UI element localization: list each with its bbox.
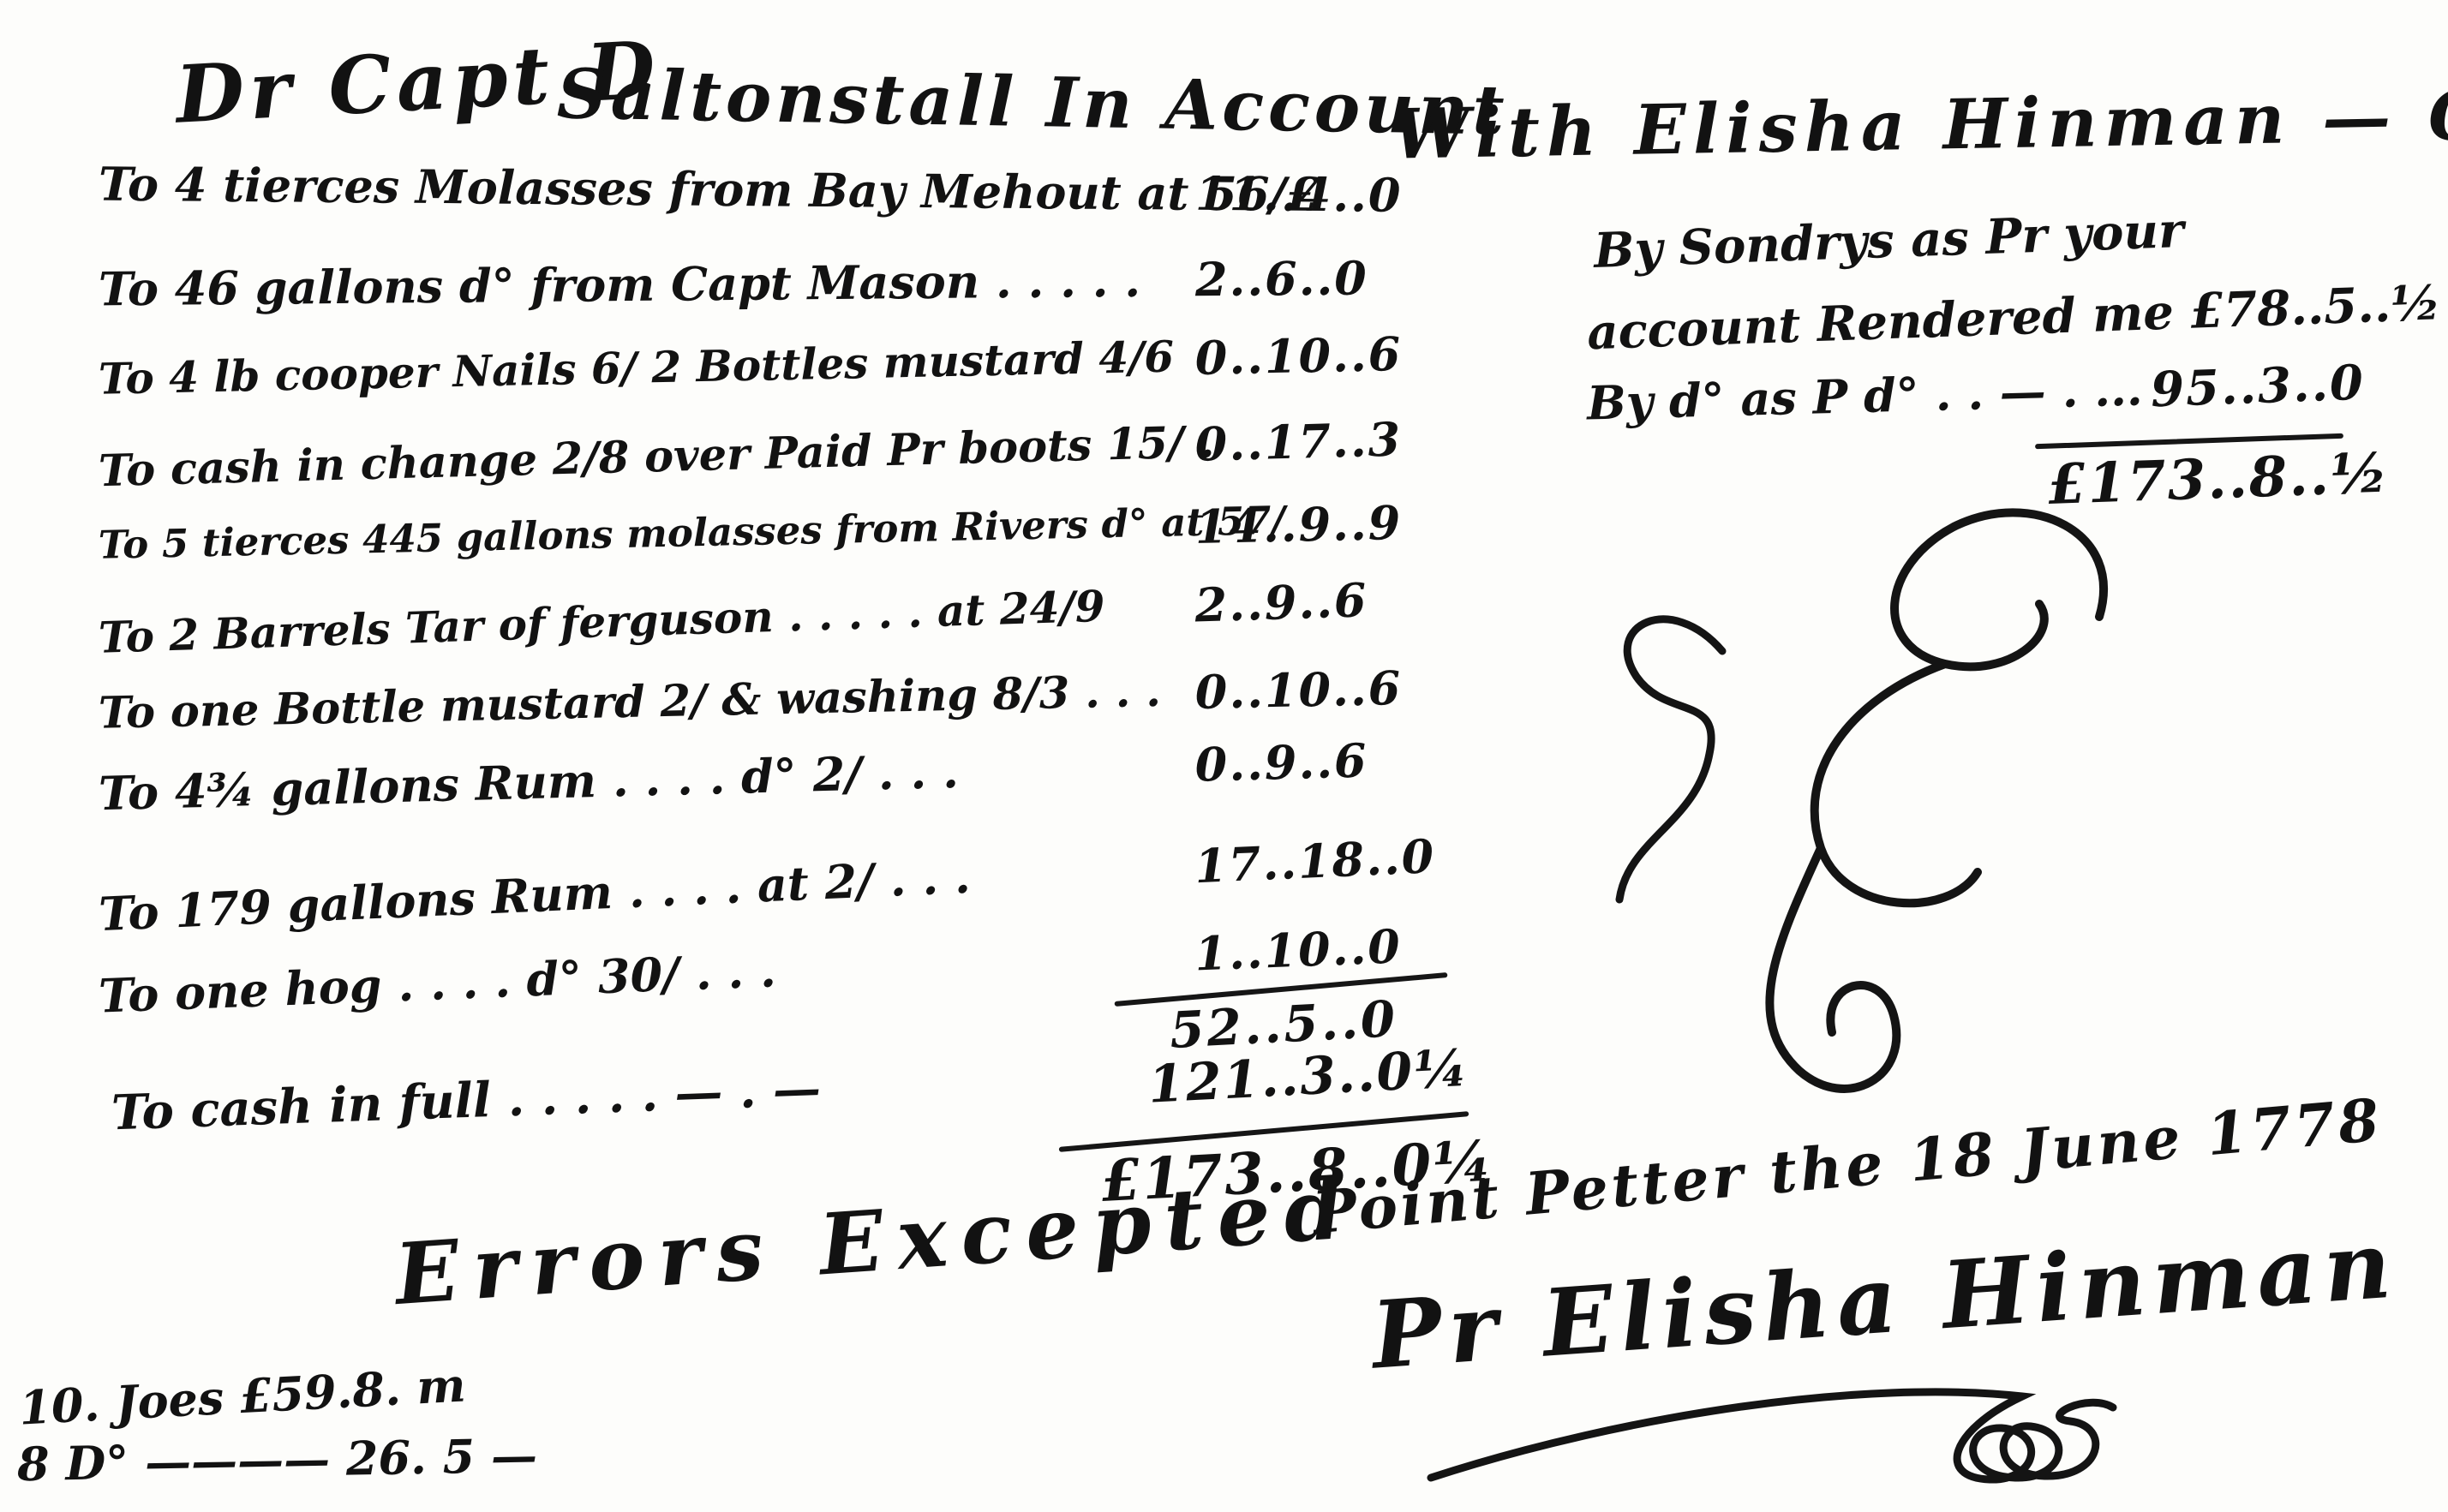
entry-amount: 1..10..0 (1194, 918, 1403, 981)
entry-description: To 179 gallons Rum . . . . at 2/ . . . (98, 849, 972, 941)
entry-amount: 0..17..3 (1194, 411, 1403, 471)
errors-excepted-note: Errors Excepted (392, 1159, 1359, 1324)
margin-note: 8 D° ———— 26. 5 — (16, 1428, 537, 1492)
entry-description: To one hog . . . . d° 30/ . . . (98, 942, 777, 1023)
debit-entry-row: To 46 gallons d° from Capt Mason . . . .… (99, 249, 1556, 331)
account-ledger-page: Dr Capt D Saltonstall In Account With El… (0, 0, 2448, 1512)
signature-flourish (1422, 1349, 2279, 1512)
credit-line: By Sondrys as Pr your (1593, 202, 2185, 279)
entry-amount: 14..9..9 (1194, 495, 1403, 554)
entry-amount: 2..6..0 (1195, 250, 1368, 307)
credit-line-description: By d° as P d° . . — . ... (1586, 362, 2143, 431)
entry-description: To 4¾ gallons Rum . . . . d° 2/ . . . (98, 744, 959, 821)
entry-amount: 0..9..6 (1194, 732, 1369, 792)
credit-line-amount: 95..3..0 (2150, 355, 2366, 419)
entry-description: To 4 lb cooper Nails 6/ 2 Bottles mustar… (98, 332, 1174, 404)
entry-amount: 0..10..6 (1194, 326, 1403, 385)
entry-description: To 46 gallons d° from Capt Mason . . . .… (99, 253, 1141, 317)
entry-description: To one Bottle mustard 2/ & washing 8/3 .… (98, 666, 1161, 739)
entry-description: To 4 tierces Molasses from Bay Mehout at… (99, 157, 1319, 222)
entry-description: To cash in change 2/8 over Paid Pr boots… (98, 416, 1215, 497)
entry-description: To 2 Barrels Tar of ferguson . . . . . a… (98, 581, 1105, 663)
credit-line: account Rendered me £78..5..½ (1586, 275, 2441, 362)
flourish-graphic (1551, 480, 2202, 1148)
debit-entry-row: To 4 tierces Molasses from Bay Mehout at… (99, 157, 1556, 238)
header-title: Saltonstall In Account (556, 53, 1509, 150)
entry-amount: 2..9..6 (1194, 572, 1369, 632)
margin-note: 10. Joes £59.8. m (18, 1357, 467, 1435)
entry-amount: 0..10..6 (1194, 660, 1403, 720)
debit-entry-row: To 4 lb cooper Nails 6/ 2 Bottles mustar… (98, 323, 1555, 422)
entry-amount: 11..4..0 (1195, 166, 1403, 223)
cash-in-full-description: To cash in full . . . . . — . — (111, 1061, 822, 1142)
header-credit-mark: With Elisha Hinman — Cr (1392, 74, 2448, 174)
entry-amount: 17..18..0 (1194, 828, 1437, 893)
